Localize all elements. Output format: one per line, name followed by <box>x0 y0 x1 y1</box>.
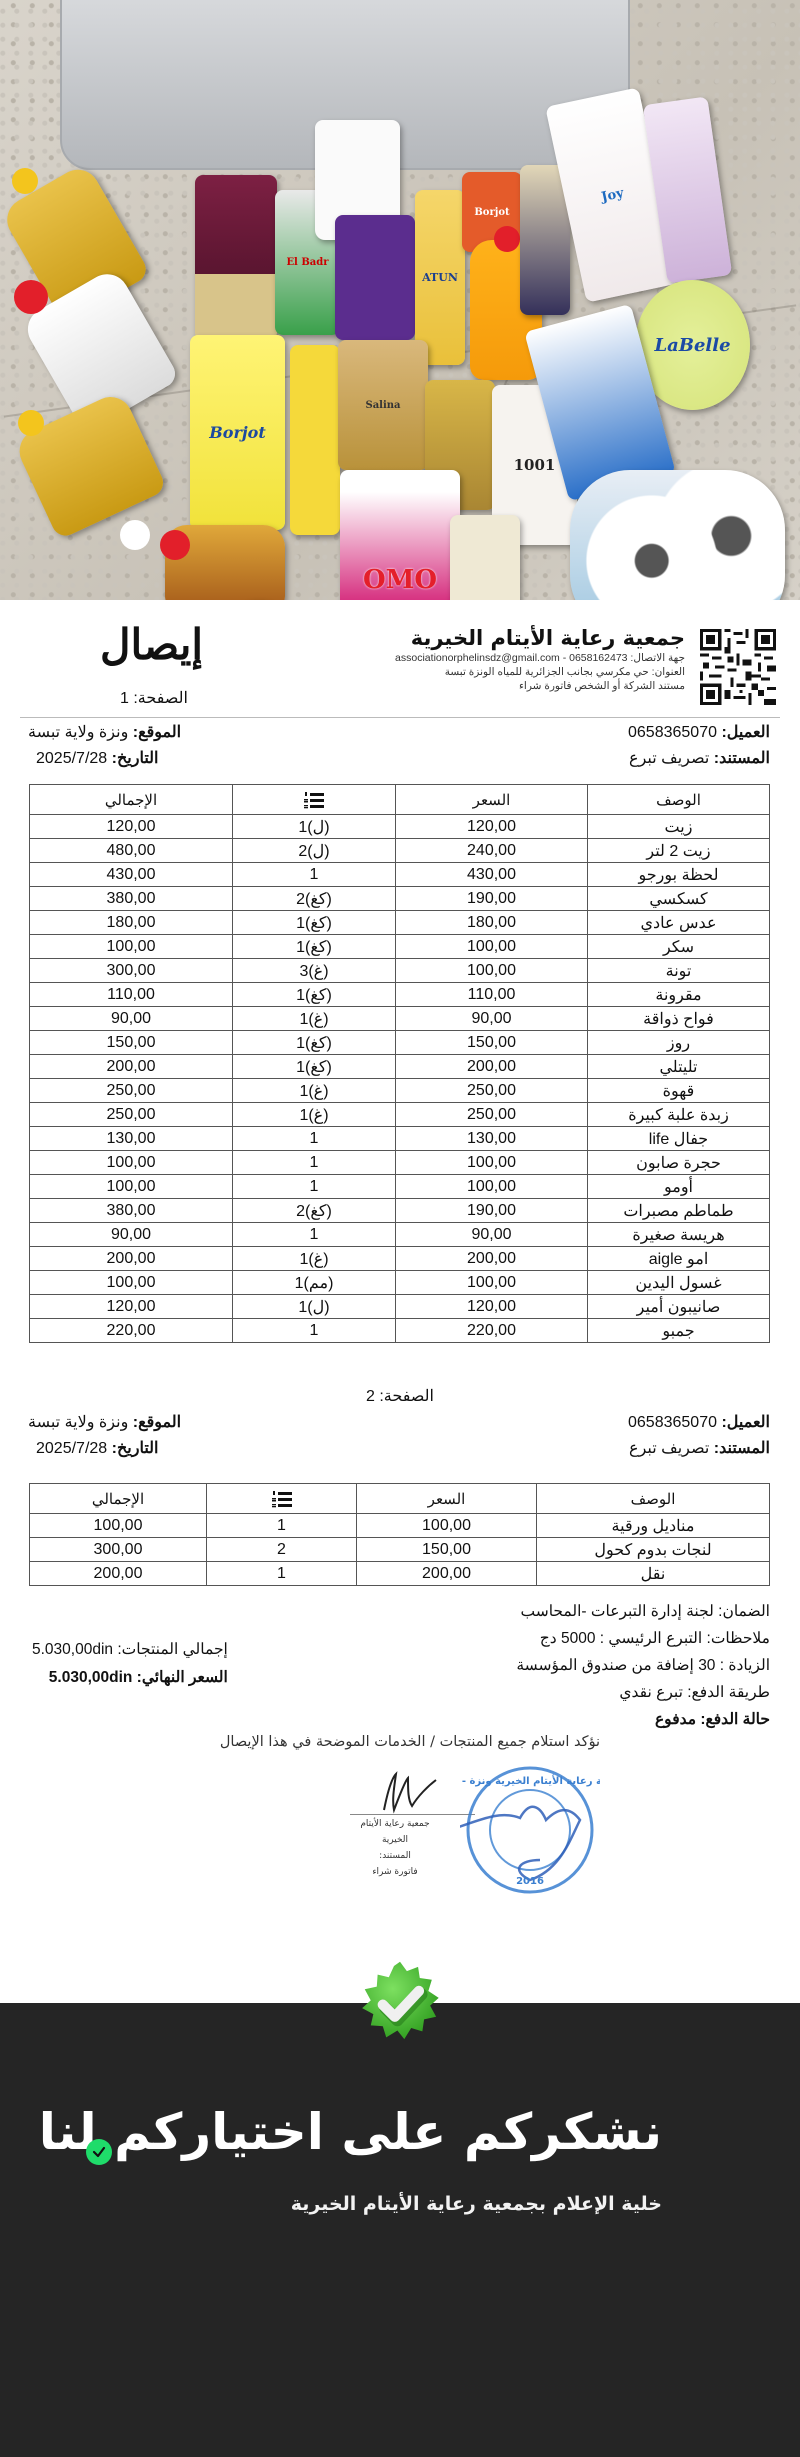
table-row: لنجات بدوم كحول150,002300,00 <box>30 1538 770 1562</box>
col-total: الإجمالي <box>30 785 233 815</box>
thank-you-banner: نشكركم على اختياركم لنا خلية الإعلام بجم… <box>0 2003 800 2457</box>
cell-price: 150,00 <box>357 1538 537 1562</box>
cell-qty: 1 <box>233 1223 396 1247</box>
cell-total: 250,00 <box>30 1103 233 1127</box>
cell-total: 200,00 <box>30 1562 207 1586</box>
header-divider <box>20 717 780 718</box>
table-row: كسكسي190,002(كغ)380,00 <box>30 887 770 911</box>
cell-total: 480,00 <box>30 839 233 863</box>
cell-description: تونة <box>588 959 770 983</box>
cell-price: 120,00 <box>396 815 588 839</box>
cell-description: تليتلي <box>588 1055 770 1079</box>
table-row: قهوة250,001(غ)250,00 <box>30 1079 770 1103</box>
cell-qty: 1(غ) <box>233 1247 396 1271</box>
cell-total: 430,00 <box>30 863 233 887</box>
cell-total: 130,00 <box>30 1127 233 1151</box>
col-price: السعر <box>396 785 588 815</box>
cell-price: 100,00 <box>396 1271 588 1295</box>
items-table-page-1: الوصف السعر الإجمالي زيت120,001(ل)120,00… <box>29 784 770 1343</box>
numbered-list-icon <box>303 790 325 810</box>
items-table-page-2: الوصف السعر الإجمالي مناديل ورقية100,001… <box>29 1483 770 1586</box>
verified-badge-icon <box>357 1960 443 2046</box>
cell-total: 120,00 <box>30 1295 233 1319</box>
cell-total: 150,00 <box>30 1031 233 1055</box>
svg-text:جمعية رعاية الأيتام الخيرية ون: جمعية رعاية الأيتام الخيرية ونزة - تبسة <box>460 1774 600 1787</box>
cell-price: 100,00 <box>396 935 588 959</box>
cell-qty: 2(كغ) <box>233 887 396 911</box>
cell-total: 380,00 <box>30 887 233 911</box>
cell-description: فواح ذواقة <box>588 1007 770 1031</box>
notes-line: ملاحظات: التبرع الرئيسي : 5000 دج <box>516 1625 770 1652</box>
cell-price: 200,00 <box>396 1247 588 1271</box>
table-row: عدس عادي180,001(كغ)180,00 <box>30 911 770 935</box>
cell-price: 190,00 <box>396 1199 588 1223</box>
receipt-footer-info: الضمان: لجنة إدارة التبرعات -المحاسب ملا… <box>516 1598 770 1733</box>
page-number-1: الصفحة: 1 <box>120 688 188 708</box>
cell-total: 250,00 <box>30 1079 233 1103</box>
increase-line: الزيادة : 30 إضافة من صندوق المؤسسة <box>516 1652 770 1679</box>
cell-qty: 1(كغ) <box>233 1055 396 1079</box>
cell-qty: 2(ل) <box>233 839 396 863</box>
document-field: المستند: تصريف تبرع <box>629 748 770 768</box>
page-number-2: الصفحة: 2 <box>0 1386 800 1406</box>
cell-total: 110,00 <box>30 983 233 1007</box>
org-header: جمعية رعاية الأيتام الخيرية جهة الاتصال:… <box>395 626 685 692</box>
cell-total: 180,00 <box>30 911 233 935</box>
cell-qty: 2 <box>207 1538 357 1562</box>
cell-description: حجرة صابون <box>588 1151 770 1175</box>
cell-description: زيت 2 لتر <box>588 839 770 863</box>
products-total: إجمالي المنتجات: 5.030,00din <box>32 1636 228 1664</box>
table-row: هريسة صغيرة90,00190,00 <box>30 1223 770 1247</box>
table-row: زيت 2 لتر240,002(ل)480,00 <box>30 839 770 863</box>
cell-qty: 1(كغ) <box>233 911 396 935</box>
col-total: الإجمالي <box>30 1484 207 1514</box>
table-row: فواح ذواقة90,001(غ)90,00 <box>30 1007 770 1031</box>
client-field-p2: العميل: 0658365070 <box>628 1412 770 1432</box>
document-field-p2: المستند: تصريف تبرع <box>629 1438 770 1458</box>
col-quantity <box>233 785 396 815</box>
cell-description: عدس عادي <box>588 911 770 935</box>
col-description: الوصف <box>537 1484 770 1514</box>
cell-price: 100,00 <box>357 1514 537 1538</box>
omo-pack: OMO <box>340 470 460 600</box>
location-field: الموقع: ونزة ولاية تبسة <box>28 722 181 742</box>
borjot-box: Borjot <box>190 335 285 530</box>
cell-qty: 1 <box>233 1175 396 1199</box>
cell-total: 380,00 <box>30 1199 233 1223</box>
table-row: أومو100,001100,00 <box>30 1175 770 1199</box>
cell-total: 300,00 <box>30 959 233 983</box>
qr-code <box>700 628 776 706</box>
receipt-confirmation: نؤكد استلام جميع المنتجات / الخدمات المو… <box>0 1734 800 1750</box>
table-row: مقرونة110,001(كغ)110,00 <box>30 983 770 1007</box>
table-header-row: الوصف السعر الإجمالي <box>30 1484 770 1514</box>
payment-method-line: طريقة الدفع: تبرع نقدي <box>516 1679 770 1706</box>
cell-price: 240,00 <box>396 839 588 863</box>
table-row: زبدة علبة كبيرة250,001(غ)250,00 <box>30 1103 770 1127</box>
cell-qty: 2(كغ) <box>233 1199 396 1223</box>
signature-block: جمعية رعاية الأيتام الخيرية المستند: فات… <box>355 1816 435 1880</box>
coffee-pack <box>195 175 277 340</box>
numbered-list-icon <box>271 1489 293 1509</box>
cell-description: جمبو <box>588 1319 770 1343</box>
donation-photo: El Badr ATUN Borjot Joy LaBelle Borjot S… <box>0 0 800 600</box>
cell-total: 100,00 <box>30 1175 233 1199</box>
svg-text:2016: 2016 <box>516 1876 544 1887</box>
atun-pack: ATUN <box>415 190 465 365</box>
cell-price: 100,00 <box>396 1151 588 1175</box>
totals-block: إجمالي المنتجات: 5.030,00din السعر النها… <box>32 1636 228 1692</box>
cell-description: هريسة صغيرة <box>588 1223 770 1247</box>
cell-price: 120,00 <box>396 1295 588 1319</box>
col-price: السعر <box>357 1484 537 1514</box>
cell-price: 250,00 <box>396 1103 588 1127</box>
cell-qty: 1(كغ) <box>233 1031 396 1055</box>
cell-total: 100,00 <box>30 1151 233 1175</box>
org-contact: جهة الاتصال: associationorphelinsdz@gmai… <box>395 652 685 664</box>
cell-description: لحظة بورجو <box>588 863 770 887</box>
cell-total: 200,00 <box>30 1055 233 1079</box>
cell-total: 100,00 <box>30 1271 233 1295</box>
col-quantity <box>207 1484 357 1514</box>
cell-description: جفال life <box>588 1127 770 1151</box>
cell-qty: 1(كغ) <box>233 983 396 1007</box>
cell-total: 100,00 <box>30 935 233 959</box>
soap-bar <box>450 515 520 600</box>
table-row: لحظة بورجو430,001430,00 <box>30 863 770 887</box>
cell-price: 100,00 <box>396 1175 588 1199</box>
jumbo-box <box>290 345 340 535</box>
cell-price: 100,00 <box>396 959 588 983</box>
table-header-row: الوصف السعر الإجمالي <box>30 785 770 815</box>
cell-total: 220,00 <box>30 1319 233 1343</box>
check-circle-icon <box>86 2139 112 2165</box>
table-row: زيت120,001(ل)120,00 <box>30 815 770 839</box>
table-row: تونة100,003(غ)300,00 <box>30 959 770 983</box>
cell-price: 150,00 <box>396 1031 588 1055</box>
cell-description: طماطم مصبرات <box>588 1199 770 1223</box>
org-doc-type: مستند الشركة أو الشخص فاتورة شراء <box>395 680 685 692</box>
cell-qty: 1 <box>233 1151 396 1175</box>
table-row: حجرة صابون100,001100,00 <box>30 1151 770 1175</box>
signature <box>378 1770 438 1816</box>
table-row: تليتلي200,001(كغ)200,00 <box>30 1055 770 1079</box>
cell-description: مناديل ورقية <box>537 1514 770 1538</box>
cell-total: 200,00 <box>30 1247 233 1271</box>
cell-description: زيت <box>588 815 770 839</box>
cell-description: كسكسي <box>588 887 770 911</box>
location-field-p2: الموقع: ونزة ولاية تبسة <box>28 1412 181 1432</box>
cell-price: 200,00 <box>396 1055 588 1079</box>
guarantee-line: الضمان: لجنة إدارة التبرعات -المحاسب <box>516 1598 770 1625</box>
thanks-title: نشكركم على اختياركم لنا <box>39 2103 662 2161</box>
date-field: التاريخ: 2025/7/28 <box>36 748 159 768</box>
cell-price: 130,00 <box>396 1127 588 1151</box>
cell-qty: 1(غ) <box>233 1079 396 1103</box>
cell-price: 180,00 <box>396 911 588 935</box>
cell-description: زبدة علبة كبيرة <box>588 1103 770 1127</box>
cell-description: سكر <box>588 935 770 959</box>
cell-price: 200,00 <box>357 1562 537 1586</box>
cell-total: 300,00 <box>30 1538 207 1562</box>
table-row: سكر100,001(كغ)100,00 <box>30 935 770 959</box>
cell-price: 90,00 <box>396 1007 588 1031</box>
pasta-pack: Salina <box>338 340 428 470</box>
table-row: نقل200,001200,00 <box>30 1562 770 1586</box>
col-description: الوصف <box>588 785 770 815</box>
table-row: روز150,001(كغ)150,00 <box>30 1031 770 1055</box>
cell-price: 220,00 <box>396 1319 588 1343</box>
signature-line <box>350 1814 475 1815</box>
cell-qty: 1 <box>233 1319 396 1343</box>
table-row: صانيبون أمير120,001(ل)120,00 <box>30 1295 770 1319</box>
date-field-p2: التاريخ: 2025/7/28 <box>36 1438 159 1458</box>
official-stamp: جمعية رعاية الأيتام الخيرية ونزة - تبسة … <box>460 1760 600 1900</box>
cell-description: مقرونة <box>588 983 770 1007</box>
cell-total: 100,00 <box>30 1514 207 1538</box>
table-row: غسول اليدين100,001(مم)100,00 <box>30 1271 770 1295</box>
cell-total: 90,00 <box>30 1223 233 1247</box>
receipt-title: إيصال <box>100 620 203 669</box>
paper-towel-pack <box>570 470 785 600</box>
thanks-subtitle: خلية الإعلام بجمعية رعاية الأيتام الخيري… <box>291 2193 662 2215</box>
sugar-pack <box>335 215 415 340</box>
cell-qty: 1(غ) <box>233 1103 396 1127</box>
table-row: امو aigle200,001(غ)200,00 <box>30 1247 770 1271</box>
cell-qty: 1 <box>207 1562 357 1586</box>
table-row: مناديل ورقية100,001100,00 <box>30 1514 770 1538</box>
cell-description: امو aigle <box>588 1247 770 1271</box>
table-row: جفال life130,001130,00 <box>30 1127 770 1151</box>
cell-qty: 1 <box>233 1127 396 1151</box>
cell-description: روز <box>588 1031 770 1055</box>
cell-qty: 1 <box>207 1514 357 1538</box>
payment-status-line: حالة الدفع: مدفوع <box>516 1706 770 1733</box>
cell-qty: 1(ل) <box>233 1295 396 1319</box>
cell-description: نقل <box>537 1562 770 1586</box>
cell-description: لنجات بدوم كحول <box>537 1538 770 1562</box>
org-address: العنوان: حي مكرسي بجانب الجزائرية للمياه… <box>395 666 685 678</box>
cell-price: 250,00 <box>396 1079 588 1103</box>
final-price: السعر النهائي: 5.030,00din <box>32 1664 228 1692</box>
receipt: جمعية رعاية الأيتام الخيرية جهة الاتصال:… <box>0 600 800 2003</box>
cell-price: 190,00 <box>396 887 588 911</box>
table-row: طماطم مصبرات190,002(كغ)380,00 <box>30 1199 770 1223</box>
cell-qty: 1(غ) <box>233 1007 396 1031</box>
cell-qty: 1(كغ) <box>233 935 396 959</box>
cell-qty: 1(مم) <box>233 1271 396 1295</box>
cell-qty: 1(ل) <box>233 815 396 839</box>
cell-description: أومو <box>588 1175 770 1199</box>
cell-price: 110,00 <box>396 983 588 1007</box>
cell-description: قهوة <box>588 1079 770 1103</box>
cell-description: صانيبون أمير <box>588 1295 770 1319</box>
cell-description: غسول اليدين <box>588 1271 770 1295</box>
client-field: العميل: 0658365070 <box>628 722 770 742</box>
cell-price: 90,00 <box>396 1223 588 1247</box>
cell-qty: 1 <box>233 863 396 887</box>
table-row: جمبو220,001220,00 <box>30 1319 770 1343</box>
cell-qty: 3(غ) <box>233 959 396 983</box>
cell-total: 90,00 <box>30 1007 233 1031</box>
cell-price: 430,00 <box>396 863 588 887</box>
cell-total: 120,00 <box>30 815 233 839</box>
org-name: جمعية رعاية الأيتام الخيرية <box>395 626 685 650</box>
